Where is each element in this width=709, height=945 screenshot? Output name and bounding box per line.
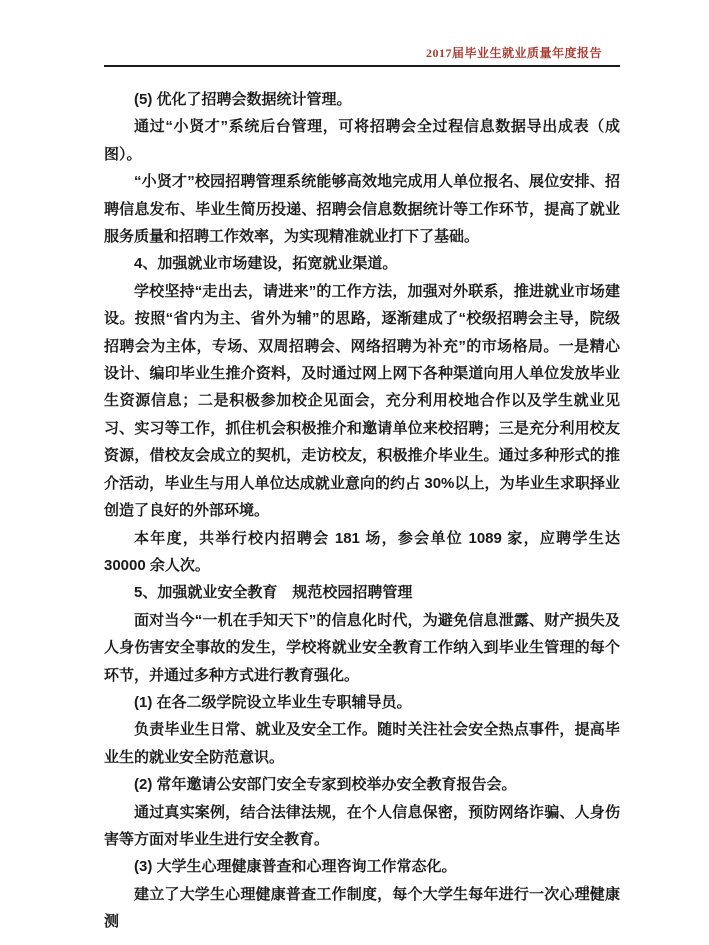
header-title: 2017届毕业生就业质量年度报告 (104, 46, 620, 65)
paragraph-body-6: 负责毕业生日常、就业及安全工作。随时关注社会安全热点事件，提高毕业生的就业安全防… (104, 716, 620, 771)
paragraph-item-3: (3) 大学生心理健康普查和心理咨询工作常态化。 (104, 853, 620, 880)
document-body: (5) 优化了招聘会数据统计管理。 通过“小贤才”系统后台管理，可将招聘会全过程… (104, 86, 620, 936)
paragraph-body-5: 面对当今“一机在手知天下”的信息化时代，为避免信息泄露、财产损失及人身伤害安全事… (104, 607, 620, 689)
page-footer: - 31 - (576, 883, 603, 898)
section-heading-5: 5、加强就业安全教育 规范校园招聘管理 (104, 579, 620, 606)
section-heading-4: 4、加强就业市场建设，拓宽就业渠道。 (104, 250, 620, 277)
paragraph-item-2: (2) 常年邀请公安部门安全专家到校举办安全教育报告会。 (104, 771, 620, 798)
paragraph-body-1: 通过“小贤才”系统后台管理，可将招聘会全过程信息数据导出成表（成图）。 (104, 113, 620, 168)
page-header: 2017届毕业生就业质量年度报告 (104, 46, 620, 67)
paragraph-body-3: 学校坚持“走出去，请进来”的工作方法，加强对外联系，推进就业市场建设。按照“省内… (104, 278, 620, 525)
paragraph-body-4: 本年度，共举行校内招聘会 181 场，参会单位 1089 家，应聘学生达 300… (104, 525, 620, 580)
paragraph-body-8: 建立了大学生心理健康普查工作制度，每个大学生每年进行一次心理健康测 (104, 881, 620, 936)
document-page: 2017届毕业生就业质量年度报告 (5) 优化了招聘会数据统计管理。 通过“小贤… (0, 0, 709, 945)
page-number: - 31 - (576, 883, 603, 897)
paragraph-item-5: (5) 优化了招聘会数据统计管理。 (104, 86, 620, 113)
paragraph-body-2: “小贤才”校园招聘管理系统能够高效地完成用人单位报名、展位安排、招聘信息发布、毕… (104, 168, 620, 250)
paragraph-body-7: 通过真实案例，结合法律法规，在个人信息保密，预防网络诈骗、人身伤害等方面对毕业生… (104, 799, 620, 854)
paragraph-item-1: (1) 在各二级学院设立毕业生专职辅导员。 (104, 689, 620, 716)
header-rule (104, 65, 620, 67)
